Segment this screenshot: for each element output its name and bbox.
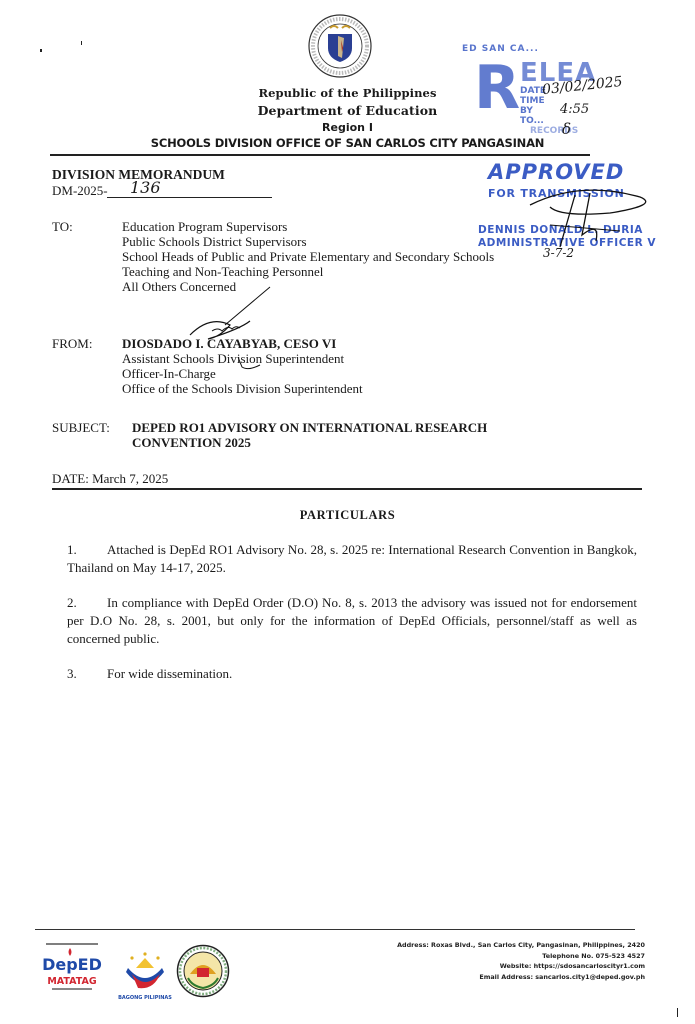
header-divider [50,154,590,156]
paragraph-number: 2. [67,594,107,612]
received-by-value: δ [562,120,571,138]
recipient: School Heads of Public and Private Eleme… [122,249,494,264]
date-divider [52,488,642,490]
recipient: Teaching and Non-Teaching Personnel [122,264,494,279]
scan-speck [677,1008,678,1017]
sender-signature [150,285,290,385]
footer-website[interactable]: Website: https://sdosancarloscityr1.com [397,961,645,972]
footer-divider [35,929,635,930]
from-label: FROM: [52,336,92,351]
date-label: DATE: [52,471,89,486]
paragraph-text: For wide dissemination. [107,666,232,681]
paragraph-text: In compliance with DepEd Order (D.O) No.… [67,595,637,646]
footer-email[interactable]: Email Address: sancarlos.city1@deped.gov… [397,972,645,983]
date-value: March 7, 2025 [92,471,168,486]
paragraph-1: 1.Attached is DepEd RO1 Advisory No. 28,… [67,541,637,577]
paragraph-number: 3. [67,665,107,683]
footer-contact: Address: Roxas Blvd., San Carlos City, P… [397,940,645,982]
particulars-heading: PARTICULARS [0,508,695,523]
received-to-label: TO... [520,116,544,126]
received-stamp-letter: R [474,58,520,118]
subject-line: DEPED RO1 ADVISORY ON INTERNATIONAL RESE… [132,420,487,435]
footer-telephone: Telephone No. 075-523 4527 [397,951,645,962]
scan-speck [81,41,82,45]
subject-label: SUBJECT: [52,420,110,435]
sdo-san-carlos-seal-icon [176,944,230,998]
received-by-label: BY [520,106,533,116]
paragraph-text: Attached is DepEd RO1 Advisory No. 28, s… [67,542,637,575]
date-line: DATE: March 7, 2025 [52,471,168,486]
to-label: TO: [52,219,73,234]
deped-seal-icon [308,14,372,78]
paragraph-number: 1. [67,541,107,559]
deped-matatag-logo-icon: DepED MATATAG [42,940,102,1000]
received-time-label: TIME [520,96,545,106]
paragraph-2: 2.In compliance with DepEd Order (D.O) N… [67,594,637,648]
subject-text: DEPED RO1 ADVISORY ON INTERNATIONAL RESE… [132,420,487,450]
svg-text:MATATAG: MATATAG [47,976,97,987]
recipient: Public Schools District Supervisors [122,234,494,249]
to-recipients: Education Program Supervisors Public Sch… [122,219,494,294]
received-time-value: 4:55 [560,102,589,117]
scan-speck [40,49,42,52]
svg-text:BAGONG PILIPINAS: BAGONG PILIPINAS [118,995,172,1001]
bagong-pilipinas-logo-icon: BAGONG PILIPINAS [116,944,174,1002]
office-heading: SCHOOLS DIVISION OFFICE OF SAN CARLOS CI… [0,136,695,150]
approver-signature [520,185,660,255]
memo-number-line [107,197,272,198]
recipient: Education Program Supervisors [122,219,494,234]
footer-address: Address: Roxas Blvd., San Carlos City, P… [397,940,645,951]
approved-title: APPROVED [488,160,624,184]
paragraph-3: 3.For wide dissemination. [67,665,637,683]
memo-number-value: 136 [130,178,161,197]
memo-number-prefix: DM-2025- [52,183,108,198]
received-stamp: ED SAN CA... R ELEA DATE TIME BY TO... R… [460,40,670,130]
svg-text:DepED: DepED [42,955,102,974]
subject-line: CONVENTION 2025 [132,435,487,450]
